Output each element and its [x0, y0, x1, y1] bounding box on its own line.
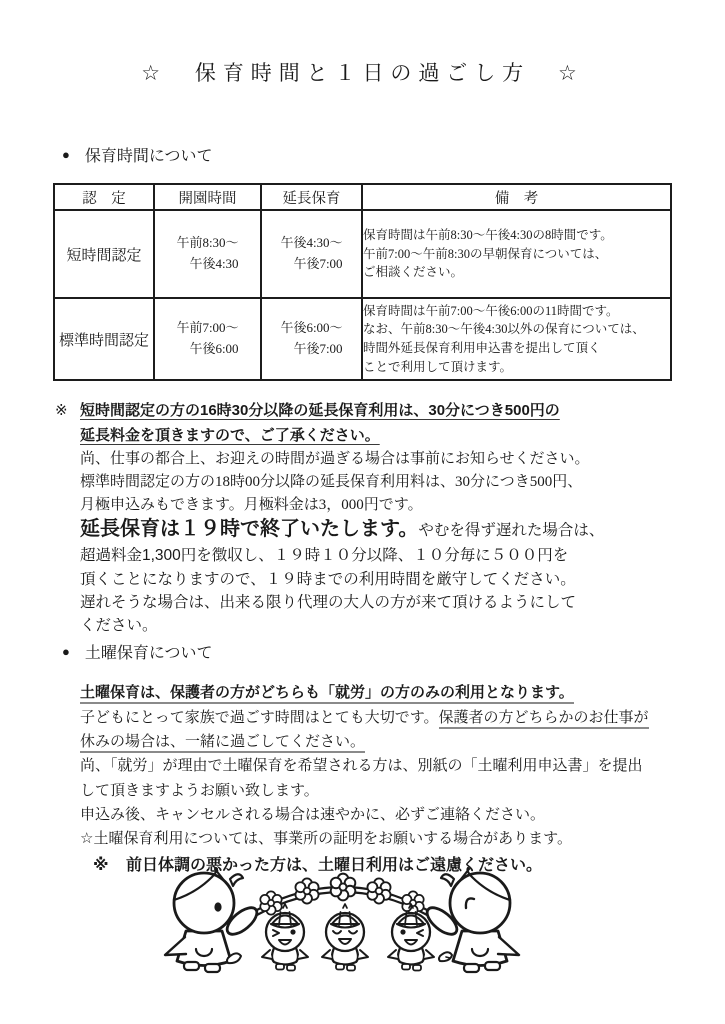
petal-right [439, 952, 452, 961]
col-header-remarks: 備 考 [362, 184, 671, 210]
closing-rest-text: やむを得ず遅れた場合は、 [418, 522, 604, 539]
col-header-open-hours: 開園時間 [154, 184, 261, 210]
note-body-text: 尚、仕事の都合上、お迎えの時間が過ぎる場合は事前にお知らせください。 標準時間認… [80, 448, 667, 516]
closing-bold-text: 延長保育は１９時で終了いたします。 [80, 518, 418, 540]
saturday-line-2: 子どもにとって家族で過ごす時間はとても大切です。保護者の方どちらかのお仕事が [80, 706, 665, 730]
extended-care-notes: ※ 短時間認定の方の16時30分以降の延長保育利用は、30分につき500円の 延… [55, 399, 667, 637]
care-hours-table: 認 定 開園時間 延長保育 備 考 短時間認定 午前8:30～ 午後4:30 午… [53, 183, 672, 381]
section-heading-label: 土曜保育について [85, 640, 213, 663]
cell-extended-care: 午後4:30～ 午後7:00 [261, 210, 362, 298]
note-bold-underlined-text: 短時間認定の方の16時30分以降の延長保育利用は、30分につき500円の 延長料… [80, 399, 560, 448]
section-heading-care-hours: ● 保育時間について [62, 143, 213, 166]
cell-certification: 短時間認定 [54, 210, 154, 298]
note-closing-line: 延長保育は１９時で終了いたします。やむを得ず遅れた場合は、 [80, 516, 667, 544]
saturday-line-3: 休みの場合は、一緒に過ごしてください。 [80, 730, 665, 754]
note-first-line: ※ 短時間認定の方の16時30分以降の延長保育利用は、30分につき500円の 延… [55, 399, 667, 448]
saturday-lead-line: 土曜保育は、保護者の方がどちらも「就労」の方のみの利用となります。 [80, 681, 665, 706]
saturday-care-paragraph: 土曜保育は、保護者の方がどちらも「就労」の方のみの利用となります。 子どもにとっ… [80, 681, 665, 878]
table-header-row: 認 定 開園時間 延長保育 備 考 [54, 184, 671, 210]
cell-extended-care: 午後6:00～ 午後7:00 [261, 298, 362, 380]
asterisk-marker: ※ [93, 854, 126, 878]
big-chick-left [165, 868, 261, 972]
col-header-certification: 認 定 [54, 184, 154, 210]
section-heading-saturday: ● 土曜保育について [62, 640, 213, 663]
cell-certification: 標準時間認定 [54, 298, 154, 380]
saturday-body-text: 尚、「就労」が理由で土曜保育を希望される方は、別紙の「土曜利用申込書」を提出 し… [80, 754, 665, 851]
col-header-extended-care: 延長保育 [261, 184, 362, 210]
table-row: 短時間認定 午前8:30～ 午後4:30 午後4:30～ 午後7:00 保育時間… [54, 210, 671, 298]
small-chick-2 [322, 904, 368, 971]
bullet-icon: ● [62, 645, 70, 658]
chicks-with-flower-garland-illustration [158, 861, 534, 983]
bullet-icon: ● [62, 148, 70, 161]
big-chick-right [423, 868, 519, 972]
saturday-line3-underlined: 休みの場合は、一緒に過ごしてください。 [80, 734, 365, 753]
cell-open-hours: 午前7:00～ 午後6:00 [154, 298, 261, 380]
page-title: ☆ 保育時間と１日の過ごし方 ☆ [0, 57, 725, 87]
asterisk-marker: ※ [55, 399, 80, 448]
cell-remarks: 保育時間は午前7:00～午後6:00の11時間です。 なお、午前8:30～午後4… [362, 298, 671, 380]
document-page: ☆ 保育時間と１日の過ごし方 ☆ ● 保育時間について 認 定 開園時間 延長保… [0, 0, 725, 1024]
garland-flowers [260, 874, 423, 915]
saturday-lead-underlined: 土曜保育は、保護者の方がどちらも「就労」の方のみの利用となります。 [80, 684, 574, 704]
cell-open-hours: 午前8:30～ 午後4:30 [154, 210, 261, 298]
table-row: 標準時間認定 午前7:00～ 午後6:00 午後6:00～ 午後7:00 保育時… [54, 298, 671, 380]
cell-remarks: 保育時間は午前8:30～午後4:30の8時間です。 午前7:00～午前8:30の… [362, 210, 671, 298]
section-heading-label: 保育時間について [85, 143, 213, 166]
note-closing-body: 超過料金1,300円を徴収し、１９時１０分以降、１０分毎に５００円を 頂くことに… [80, 544, 667, 637]
saturday-line2-plain: 子どもにとって家族で過ごす時間はとても大切です。 [80, 710, 439, 726]
saturday-line2-underlined: 保護者の方どちらかのお仕事が [439, 710, 649, 729]
